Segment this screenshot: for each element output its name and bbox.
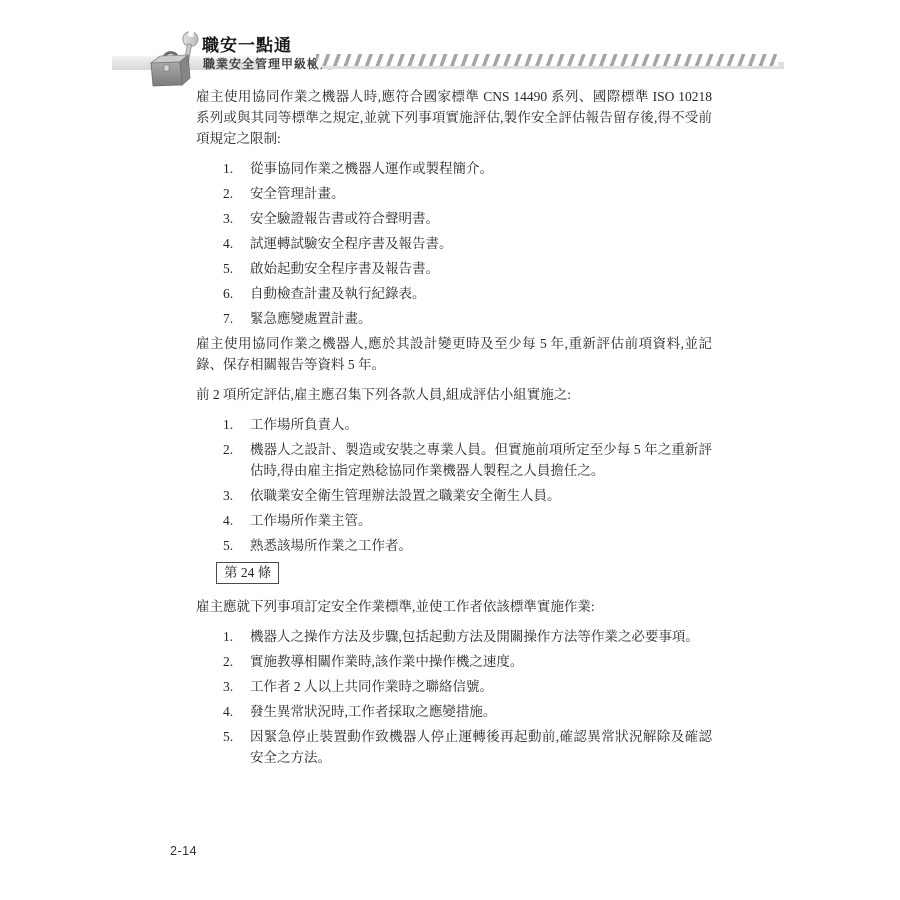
brand-subtitle: 職業安全管理甲級檢定 — [203, 55, 333, 72]
list-item: 2.實施教導相關作業時,該作業中操作機之速度。 — [196, 651, 712, 672]
item-number: 7. — [223, 308, 250, 329]
item-text: 因緊急停止裝置動作致機器人停止運轉後再起動前,確認異常狀況解除及確認安全之方法。 — [250, 726, 712, 768]
list-item: 5.因緊急停止裝置動作致機器人停止運轉後再起動前,確認異常狀況解除及確認安全之方… — [196, 726, 712, 768]
item-text: 機器人之操作方法及步驟,包括起動方法及開關操作方法等作業之必要事項。 — [250, 626, 712, 647]
list-item: 1.工作場所負責人。 — [196, 414, 712, 435]
item-text: 工作場所作業主管。 — [250, 510, 712, 531]
list-item: 3.安全驗證報告書或符合聲明書。 — [196, 208, 712, 229]
list-item: 7.緊急應變處置計畫。 — [196, 308, 712, 329]
document-body: 雇主使用協同作業之機器人時,應符合國家標準 CNS 14490 系列、國際標準 … — [196, 86, 712, 772]
item-text: 工作者 2 人以上共同作業時之聯絡信號。 — [250, 676, 712, 697]
hazard-stripes — [316, 54, 778, 66]
list-item: 2.機器人之設計、製造或安裝之專業人員。但實施前項所定至少每 5 年之重新評估時… — [196, 439, 712, 481]
ordered-list-safety-standards: 1.機器人之操作方法及步驟,包括起動方法及開關操作方法等作業之必要事項。 2.實… — [196, 626, 712, 768]
item-number: 2. — [223, 651, 250, 672]
item-text: 實施教導相關作業時,該作業中操作機之速度。 — [250, 651, 712, 672]
item-number: 6. — [223, 283, 250, 304]
list-item: 4.試運轉試驗安全程序書及報告書。 — [196, 233, 712, 254]
brand-title: 職安一點通 — [202, 31, 292, 56]
ordered-list-team-members: 1.工作場所負責人。 2.機器人之設計、製造或安裝之專業人員。但實施前項所定至少… — [196, 414, 712, 556]
item-number: 2. — [223, 183, 250, 204]
item-number: 1. — [223, 626, 250, 647]
paragraph: 雇主使用協同作業之機器人,應於其設計變更時及至少每 5 年,重新評估前項資料,並… — [196, 333, 712, 375]
list-item: 5.熟悉該場所作業之工作者。 — [196, 535, 712, 556]
item-number: 1. — [223, 414, 250, 435]
paragraph: 雇主應就下列事項訂定安全作業標準,並使工作者依該標準實施作業: — [196, 596, 712, 617]
list-item: 3.工作者 2 人以上共同作業時之聯絡信號。 — [196, 676, 712, 697]
article-number-box: 第 24 條 — [216, 562, 279, 584]
item-text: 安全管理計畫。 — [250, 183, 712, 204]
item-text: 熟悉該場所作業之工作者。 — [250, 535, 712, 556]
list-item: 2.安全管理計畫。 — [196, 183, 712, 204]
item-text: 安全驗證報告書或符合聲明書。 — [250, 208, 712, 229]
item-number: 5. — [223, 535, 250, 556]
list-item: 6.自動檢查計畫及執行紀錄表。 — [196, 283, 712, 304]
item-number: 5. — [223, 258, 250, 279]
page-number: 2-14 — [170, 844, 197, 858]
page-header: 職安一點通 職業安全管理甲級檢定 — [0, 0, 900, 90]
paragraph: 前 2 項所定評估,雇主應召集下列各款人員,組成評估小組實施之: — [196, 384, 712, 405]
item-number: 4. — [223, 510, 250, 531]
item-number: 3. — [223, 208, 250, 229]
item-number: 1. — [223, 158, 250, 179]
item-number: 2. — [223, 439, 250, 481]
item-text: 緊急應變處置計畫。 — [250, 308, 712, 329]
item-number: 4. — [223, 233, 250, 254]
item-text: 試運轉試驗安全程序書及報告書。 — [250, 233, 712, 254]
ordered-list-evaluation-items: 1.從事協同作業之機器人運作或製程簡介。 2.安全管理計畫。 3.安全驗證報告書… — [196, 158, 712, 329]
list-item: 5.啟始起動安全程序書及報告書。 — [196, 258, 712, 279]
item-text: 啟始起動安全程序書及報告書。 — [250, 258, 712, 279]
item-text: 機器人之設計、製造或安裝之專業人員。但實施前項所定至少每 5 年之重新評估時,得… — [250, 439, 712, 481]
paragraph: 雇主使用協同作業之機器人時,應符合國家標準 CNS 14490 系列、國際標準 … — [196, 86, 712, 149]
toolbox-wrench-icon — [146, 26, 206, 88]
item-text: 依職業安全衛生管理辦法設置之職業安全衛生人員。 — [250, 485, 712, 506]
list-item: 1.從事協同作業之機器人運作或製程簡介。 — [196, 158, 712, 179]
item-number: 5. — [223, 726, 250, 768]
item-text: 發生異常狀況時,工作者採取之應變措施。 — [250, 701, 712, 722]
list-item: 4.工作場所作業主管。 — [196, 510, 712, 531]
item-number: 3. — [223, 676, 250, 697]
list-item: 3.依職業安全衛生管理辦法設置之職業安全衛生人員。 — [196, 485, 712, 506]
item-text: 工作場所負責人。 — [250, 414, 712, 435]
item-text: 自動檢查計畫及執行紀錄表。 — [250, 283, 712, 304]
list-item: 4.發生異常狀況時,工作者採取之應變措施。 — [196, 701, 712, 722]
item-text: 從事協同作業之機器人運作或製程簡介。 — [250, 158, 712, 179]
item-number: 4. — [223, 701, 250, 722]
list-item: 1.機器人之操作方法及步驟,包括起動方法及開關操作方法等作業之必要事項。 — [196, 626, 712, 647]
item-number: 3. — [223, 485, 250, 506]
